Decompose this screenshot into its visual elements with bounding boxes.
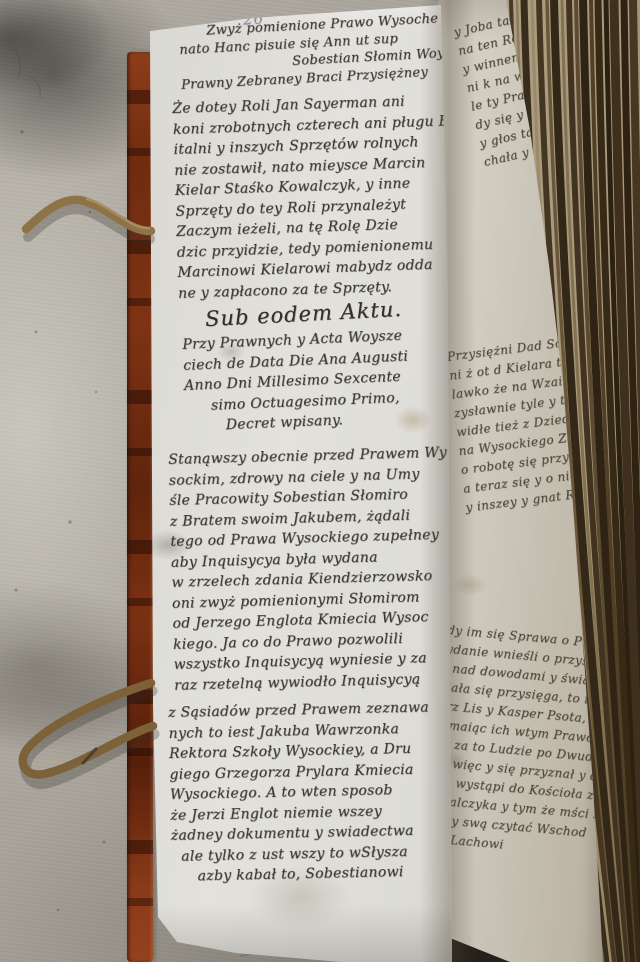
lower-strap-highlight bbox=[37, 757, 60, 766]
lower-strap-twist bbox=[83, 749, 96, 763]
spine-leather-edge bbox=[127, 52, 153, 962]
manuscript-line: azby kabał to, Sobestianowi bbox=[197, 862, 432, 887]
left-page-entry-2-close: z Sąsiadów przed Prawem zeznawanych to i… bbox=[168, 698, 433, 888]
photo-stage: y Joba ta y biłana ten Rok y tego by win… bbox=[0, 0, 640, 962]
left-page-entry-1: Że dotey Roli Jan Sayerman anikoni zrobo… bbox=[172, 90, 470, 304]
left-page-entry-2-intro: Przy Prawnych y Acta Woyszeciech de Data… bbox=[182, 326, 411, 438]
left-page-opening-note: Zwyż pomienione Prawo Wysochenato Hanc p… bbox=[178, 10, 446, 94]
left-page-entry-2-body: Stanąwszy obecnie przed Prawem Wysockim,… bbox=[168, 443, 453, 696]
